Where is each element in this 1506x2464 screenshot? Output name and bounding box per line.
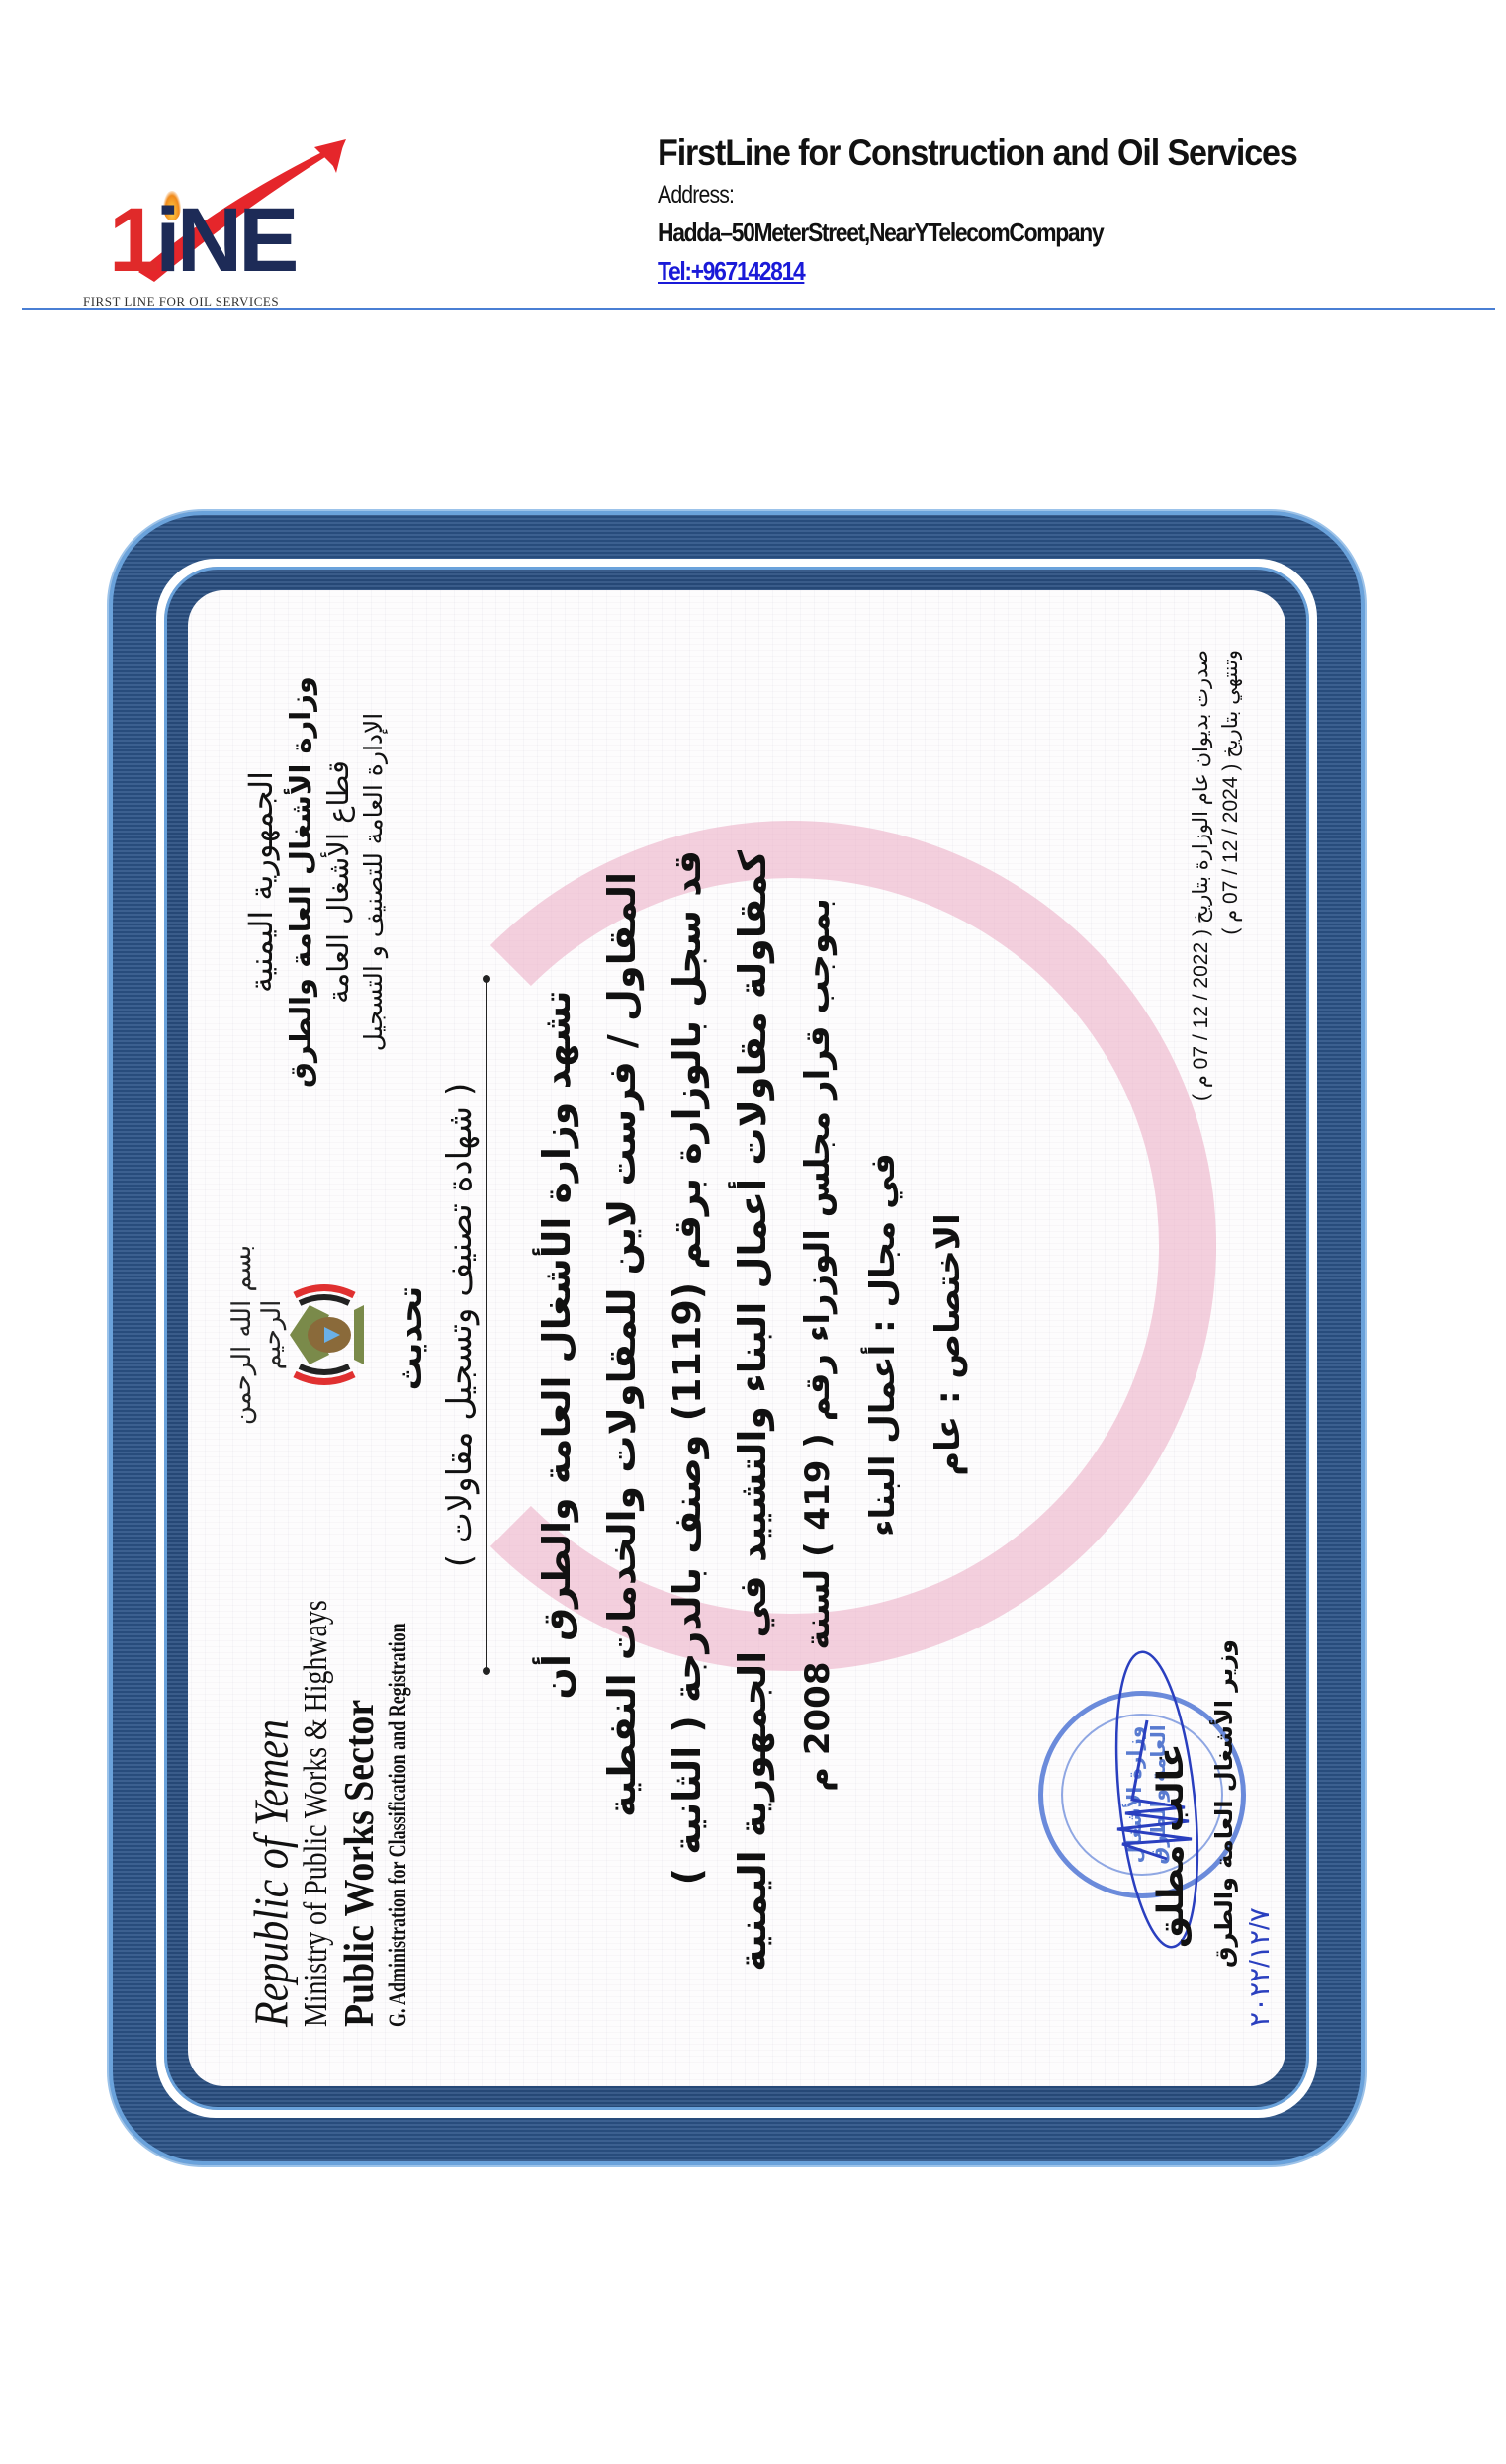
certificate-image: Republic of Yemen Ministry of Public Wor… [109,511,1365,2165]
validity-dates: صدرت بديوان عام الوزارة بتاريخ ( 2022 / … [1187,650,1246,1203]
renewal-title: تحديث [391,590,430,2086]
emblem-block: بسم الله الرحمن الرحيم [227,1236,396,1434]
handwritten-date: ٢٠٢٢/١٢/٧ [1243,1907,1276,2027]
issue-date: صدرت بديوان عام الوزارة بتاريخ ( 2022 / … [1187,650,1216,1203]
ar-republic: الجمهورية اليمنية [242,650,280,1114]
yemen-eagle-emblem-icon [275,1276,374,1394]
company-logo: 1iNE FIRST LINE FOR OIL SERVICES [69,133,356,311]
certificate-paper: Republic of Yemen Ministry of Public Wor… [188,590,1285,2086]
en-sector: Public Works Sector [338,1609,382,2027]
header-divider [22,308,1495,310]
signatory-title: وزير الأشغال العامة والطرق [1210,1639,1238,1968]
en-ministry: Ministry of Public Works & Highways [299,1646,334,2027]
body-line: كمقاولة مقاولات أعمال البناء والتشييد في… [720,850,785,1839]
certificate: Republic of Yemen Ministry of Public Wor… [109,511,1365,2165]
logo-tagline: FIRST LINE FOR OIL SERVICES [83,294,279,309]
company-info: FirstLine for Construction and Oil Servi… [658,132,1353,287]
certificate-title: ( شهادة تصنيف وتسجيل مقاولات ) [440,979,487,1671]
logo-wordmark: 1iNE [109,195,296,286]
expiry-date: وتنتهي بتاريخ ( 2024 / 12 / 07 م ) [1216,650,1246,1203]
letterhead: 1iNE FIRST LINE FOR OIL SERVICES FirstLi… [0,0,1506,316]
english-header: Republic of Yemen Ministry of Public Wor… [247,1562,411,2027]
phone-link[interactable]: Tel:+967142814 [658,256,804,287]
certificate-body: تشهد وزارة الأشغال العامة والطرق أن المق… [524,850,981,1839]
body-line: قد سجل بالوزارة برقم (1119) وصنف بالدرجة… [655,850,720,1839]
body-line: المقاول / فرست لاين للمقاولات والخدمات ا… [589,850,655,1839]
ar-administration: الإدارة العامة للتصنيف و التسجيل [359,650,388,1114]
ar-sector: قطاع الأشغال العامة [321,650,355,1114]
ar-ministry: وزارة الأشغال العامة والطرق [284,650,317,1114]
body-line: الاختصاص : عام [916,850,981,1839]
body-line: بموجب قرار مجلس الوزراء رقم ( 419 ) لسنة… [785,850,850,1839]
address: Hadda–50MeterStreet,NearYTelecomCompany [658,218,1270,248]
company-name: FirstLine for Construction and Oil Servi… [658,132,1297,175]
arabic-header: الجمهورية اليمنية وزارة الأشغال العامة و… [242,650,388,1114]
signatory-name: غالب مطلق [1151,1743,1192,1948]
address-label: Address: [658,181,1248,210]
body-line: في مجال : أعمال البناء [850,850,916,1839]
en-republic: Republic of Yemen [247,1562,298,2027]
body-line: تشهد وزارة الأشغال العامة والطرق أن [524,850,589,1839]
